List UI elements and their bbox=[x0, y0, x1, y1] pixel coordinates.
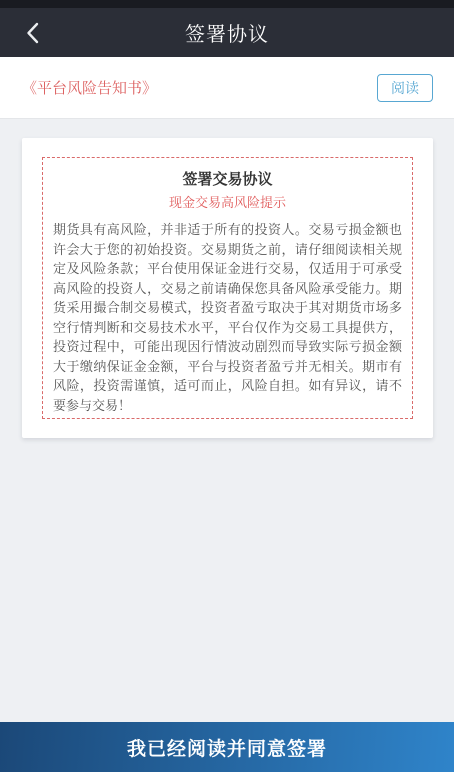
risk-notice-link[interactable]: 《平台风险告知书》 bbox=[22, 77, 157, 98]
chevron-left-icon bbox=[26, 22, 39, 44]
app-screen: 签署协议 《平台风险告知书》 阅读 签署交易协议 现金交易高风险提示 期货具有高… bbox=[0, 0, 454, 772]
agreement-bar: 《平台风险告知书》 阅读 bbox=[0, 57, 454, 119]
agreement-card: 签署交易协议 现金交易高风险提示 期货具有高风险，并非适于所有的投资人。交易亏损… bbox=[22, 138, 433, 438]
agree-sign-button[interactable]: 我已经阅读并同意签署 bbox=[0, 722, 454, 772]
status-bar bbox=[0, 0, 454, 8]
agreement-dashed-box: 签署交易协议 现金交易高风险提示 期货具有高风险，并非适于所有的投资人。交易亏损… bbox=[42, 157, 413, 419]
read-button[interactable]: 阅读 bbox=[377, 74, 433, 102]
agreement-body-text: 期货具有高风险，并非适于所有的投资人。交易亏损金额也许会大于您的初始投资。交易期… bbox=[53, 220, 402, 415]
risk-warning-subtitle: 现金交易高风险提示 bbox=[53, 195, 402, 210]
nav-bar: 签署协议 bbox=[0, 8, 454, 57]
page-title: 签署协议 bbox=[185, 18, 269, 47]
agreement-title: 签署交易协议 bbox=[53, 171, 402, 188]
back-button[interactable] bbox=[10, 8, 54, 57]
